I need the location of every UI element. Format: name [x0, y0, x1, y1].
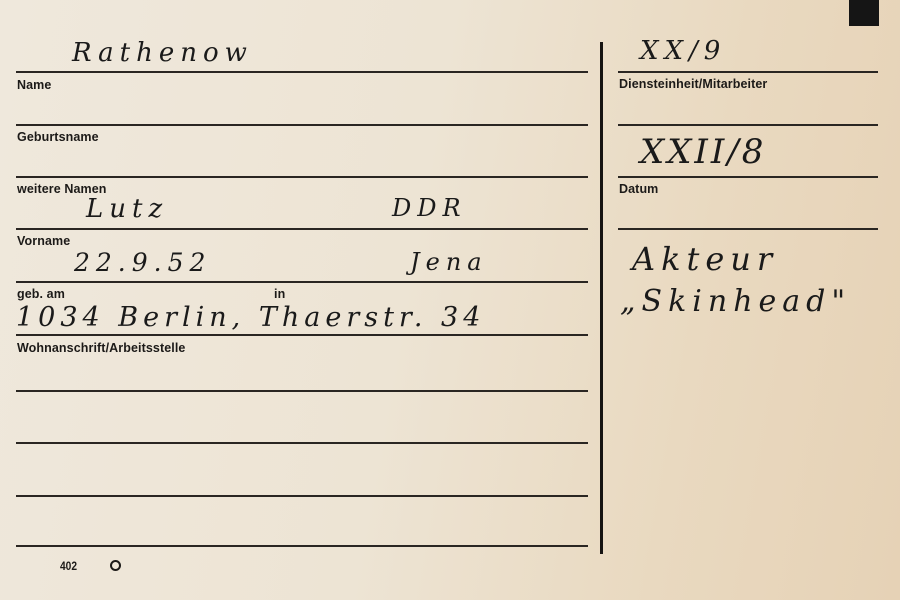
label-datum: Datum [619, 182, 658, 196]
rule-blank-1 [16, 390, 588, 392]
label-in: in [274, 287, 285, 301]
value-datum: XXII/8 [640, 132, 766, 172]
rule-vorname [16, 228, 588, 230]
label-name: Name [17, 78, 51, 92]
label-diensteinheit: Diensteinheit/Mitarbeiter [619, 77, 767, 91]
value-wohnanschrift: 1034 Berlin, Thaerstr. 34 [16, 302, 485, 333]
index-card: Name Geburtsname weitere Namen Vorname g… [0, 0, 900, 600]
label-geburtsname: Geburtsname [17, 130, 99, 144]
label-wohnanschrift: Wohnanschrift/Arbeitsstelle [17, 341, 185, 355]
rule-datum [618, 176, 878, 178]
value-geb-am: 22.9.52 [74, 248, 211, 277]
rule-right-blank-1 [618, 124, 878, 126]
rule-right-blank-2 [618, 228, 878, 230]
column-divider [600, 42, 603, 554]
value-vorname: Lutz [86, 194, 168, 224]
rule-weitere-namen [16, 176, 588, 178]
corner-mark [849, 0, 879, 26]
circle-mark [110, 560, 121, 571]
note-skinhead: „Skinhead" [620, 284, 851, 319]
note-akteur: Akteur [632, 240, 778, 278]
value-geburtsort: Jena [410, 248, 488, 276]
rule-blank-3 [16, 495, 588, 497]
form-number: 402 [60, 559, 77, 573]
value-name: Rathenow [72, 38, 253, 68]
rule-wohnanschrift [16, 334, 588, 336]
rule-diensteinheit [618, 71, 878, 73]
rule-blank-4 [16, 545, 588, 547]
value-diensteinheit: XX/9 [640, 36, 726, 66]
rule-geburtsname [16, 124, 588, 126]
label-vorname: Vorname [17, 234, 70, 248]
value-nationality: DDR [392, 194, 467, 222]
rule-name [16, 71, 588, 73]
label-geb-am: geb. am [17, 287, 65, 301]
rule-geb-am [16, 281, 588, 283]
rule-blank-2 [16, 442, 588, 444]
